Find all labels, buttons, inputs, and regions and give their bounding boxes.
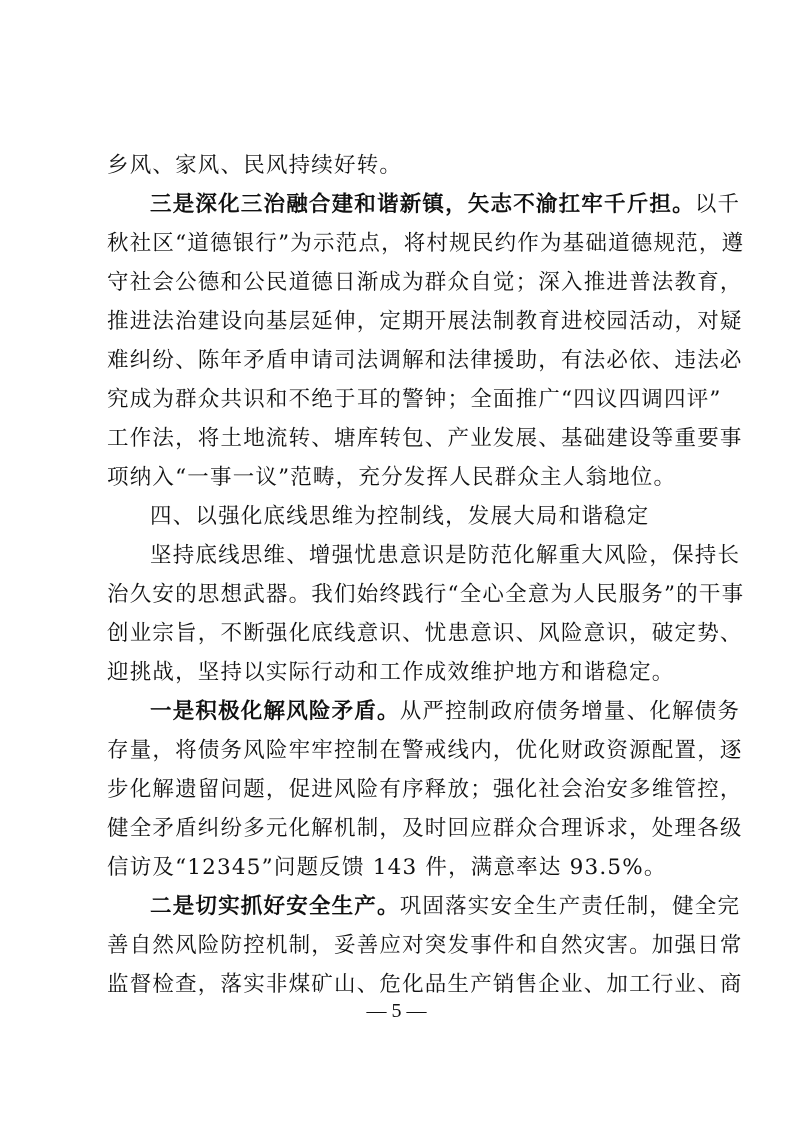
text-line: 信访及“12345”问题反馈 143 件，满意率达 93.5%。 bbox=[107, 850, 697, 886]
bold-lead: 三是深化三治融合建和谐新镇，矢志不渝扛牢千斤担。 bbox=[150, 192, 695, 217]
subsection-lead-line: 二是切实抓好安全生产。巩固落实安全生产责任制，健全完 bbox=[150, 889, 740, 925]
text-continuation: 巩固落实安全生产责任制，健全完 bbox=[400, 894, 741, 919]
text-line: 监督检查，落实非煤矿山、危化品生产销售企业、加工行业、商 bbox=[107, 967, 697, 1003]
text-line: 究成为群众共识和不绝于耳的警钟；全面推广“四议四调四评” bbox=[107, 382, 697, 418]
text-line: 工作法，将土地流转、塘库转包、产业发展、基础建设等重要事 bbox=[107, 421, 697, 457]
text-line: 善自然风险防控机制，妥善应对突发事件和自然灾害。加强日常 bbox=[107, 928, 697, 964]
text-line: 项纳入“一事一议”范畴，充分发挥人民群众主人翁地位。 bbox=[107, 460, 697, 496]
page-number: — 5 — bbox=[0, 1000, 793, 1023]
text-line: 步化解遗留问题，促进风险有序释放；强化社会治安多维管控， bbox=[107, 772, 697, 808]
subsection-lead-line: 三是深化三治融合建和谐新镇，矢志不渝扛牢千斤担。以千 bbox=[150, 187, 740, 223]
subsection-lead-line: 一是积极化解风险矛盾。从严控制政府债务增量、化解债务 bbox=[150, 694, 740, 730]
text-line: 守社会公德和公民道德日渐成为群众自觉；深入推进普法教育， bbox=[107, 265, 697, 301]
text-line: 推进法治建设向基层延伸，定期开展法制教育进校园活动，对疑 bbox=[107, 304, 697, 340]
text-line: 坚持底线思维、增强忧患意识是防范化解重大风险，保持长 bbox=[150, 538, 740, 574]
text-line: 创业宗旨，不断强化底线意识、忧患意识、风险意识，破定势、 bbox=[107, 616, 697, 652]
text-line: 难纠纷、陈年矛盾申请司法调解和法律援助，有法必依、违法必 bbox=[107, 343, 697, 379]
text-line: 存量，将债务风险牢牢控制在警戒线内，优化财政资源配置，逐 bbox=[107, 733, 697, 769]
text-line: 秋社区“道德银行”为示范点，将村规民约作为基础道德规范，遵 bbox=[107, 226, 697, 262]
text-line: 迎挑战，坚持以实际行动和工作成效维护地方和谐稳定。 bbox=[107, 655, 697, 691]
text-line: 治久安的思想武器。我们始终践行“全心全意为人民服务”的干事 bbox=[107, 577, 697, 613]
text-line: 乡风、家风、民风持续好转。 bbox=[107, 148, 697, 184]
text-continuation: 以千 bbox=[695, 192, 740, 217]
text-continuation: 从严控制政府债务增量、化解债务 bbox=[400, 699, 741, 724]
bold-lead: 一是积极化解风险矛盾。 bbox=[150, 699, 400, 724]
section-heading: 四、以强化底线思维为控制线，发展大局和谐稳定 bbox=[150, 499, 740, 535]
text-line: 健全矛盾纠纷多元化解机制，及时回应群众合理诉求，处理各级 bbox=[107, 811, 697, 847]
document-page: 乡风、家风、民风持续好转。 三是深化三治融合建和谐新镇，矢志不渝扛牢千斤担。以千… bbox=[0, 0, 793, 1122]
bold-lead: 二是切实抓好安全生产。 bbox=[150, 894, 400, 919]
